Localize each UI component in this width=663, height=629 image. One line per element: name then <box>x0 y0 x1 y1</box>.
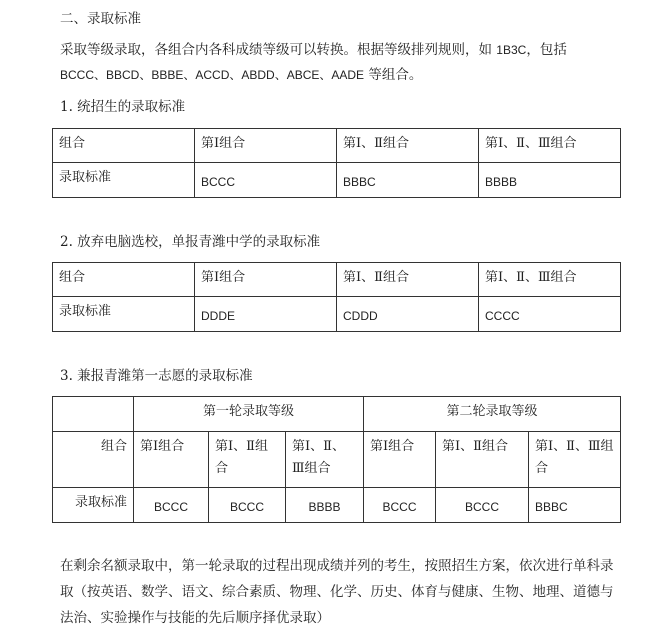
header-cell: 第Ⅰ、Ⅱ、Ⅲ组合 <box>286 432 364 488</box>
table-header-row: 组合 第Ⅰ组合 第Ⅰ、Ⅱ组合 第Ⅰ、Ⅱ、Ⅲ组合 <box>53 263 621 297</box>
cell-value: BCCC <box>209 488 286 523</box>
cell-value: BCCC <box>195 163 337 198</box>
header-cell: 组合 <box>53 432 134 488</box>
header-cell: 组合 <box>53 263 195 297</box>
table-admission-standard-first-choice: 第一轮录取等级 第二轮录取等级 组合 第Ⅰ组合 第Ⅰ、Ⅱ组合 第Ⅰ、Ⅱ、Ⅲ组合 … <box>52 396 621 523</box>
footer-paragraph: 在剩余名额录取中，第一轮录取的过程出现成绩并列的考生，按照招生方案，依次进行单科… <box>60 553 625 629</box>
header-cell: 第Ⅰ、Ⅱ组合 <box>337 129 479 163</box>
table-header-row: 组合 第Ⅰ组合 第Ⅰ、Ⅱ组合 第Ⅰ、Ⅱ、Ⅲ组合 <box>53 129 621 163</box>
header-cell: 第Ⅰ、Ⅱ、Ⅲ组合 <box>479 129 621 163</box>
table1-heading: 1. 统招生的录取标准 <box>60 97 185 117</box>
table-row: 录取标准 BCCC BBBC BBBB <box>53 163 621 198</box>
empty-corner-cell <box>53 397 134 432</box>
header-cell: 组合 <box>53 129 195 163</box>
cell-value: BBBC <box>529 488 621 523</box>
table-admission-standard-single: 组合 第Ⅰ组合 第Ⅰ、Ⅱ组合 第Ⅰ、Ⅱ、Ⅲ组合 录取标准 DDDE CDDD C… <box>52 262 621 332</box>
row-label: 录取标准 <box>53 297 195 332</box>
intro-line-1: 采取等级录取，各组合内各科成绩等级可以转换。根据等级排列规则，如 1B3C，包括 <box>60 40 567 60</box>
row-label: 录取标准 <box>53 163 195 198</box>
cell-value: BBBB <box>286 488 364 523</box>
cell-value: BCCC <box>436 488 529 523</box>
cell-value: CDDD <box>337 297 479 332</box>
table2-heading: 2. 放弃电脑选校，单报青潍中学的录取标准 <box>60 232 320 252</box>
group-header-round-2: 第二轮录取等级 <box>364 397 621 432</box>
table3-heading: 3. 兼报青潍第一志愿的录取标准 <box>60 366 253 386</box>
intro-tail: ，包括 <box>526 42 567 58</box>
row-label: 录取标准 <box>53 488 134 523</box>
header-cell: 第Ⅰ组合 <box>134 432 209 488</box>
table-header-row: 组合 第Ⅰ组合 第Ⅰ、Ⅱ组合 第Ⅰ、Ⅱ、Ⅲ组合 第Ⅰ组合 第Ⅰ、Ⅱ组合 第Ⅰ、Ⅱ… <box>53 432 621 488</box>
cell-value: BBBB <box>479 163 621 198</box>
header-cell: 第Ⅰ、Ⅱ组合 <box>337 263 479 297</box>
intro-line-2: BCCC、BBCD、BBBE、ACCD、ABDD、ABCE、AADE 等组合。 <box>60 65 422 85</box>
header-cell: 第Ⅰ组合 <box>364 432 436 488</box>
intro-tail-2: 等组合。 <box>368 67 422 83</box>
table-admission-standard-general: 组合 第Ⅰ组合 第Ⅰ、Ⅱ组合 第Ⅰ、Ⅱ、Ⅲ组合 录取标准 BCCC BBBC B… <box>52 128 621 198</box>
cell-value: BCCC <box>364 488 436 523</box>
header-cell: 第Ⅰ组合 <box>195 263 337 297</box>
group-header-round-1: 第一轮录取等级 <box>134 397 364 432</box>
cell-value: DDDE <box>195 297 337 332</box>
intro-code: 1B3C <box>496 43 526 57</box>
cell-value: CCCC <box>479 297 621 332</box>
intro-text: 采取等级录取，各组合内各科成绩等级可以转换。根据等级排列规则，如 <box>60 42 492 58</box>
table-row: 录取标准 BCCC BCCC BBBB BCCC BCCC BBBC <box>53 488 621 523</box>
table-group-header-row: 第一轮录取等级 第二轮录取等级 <box>53 397 621 432</box>
header-cell: 第Ⅰ、Ⅱ组合 <box>436 432 529 488</box>
header-cell: 第Ⅰ、Ⅱ、Ⅲ组合 <box>479 263 621 297</box>
section-title: 二、录取标准 <box>60 9 141 29</box>
header-cell: 第Ⅰ组合 <box>195 129 337 163</box>
intro-code-list: BCCC、BBCD、BBBE、ACCD、ABDD、ABCE、AADE <box>60 68 364 82</box>
header-cell: 第Ⅰ、Ⅱ、Ⅲ组合 <box>529 432 621 488</box>
cell-value: BBBC <box>337 163 479 198</box>
cell-value: BCCC <box>134 488 209 523</box>
header-cell: 第Ⅰ、Ⅱ组合 <box>209 432 286 488</box>
table-row: 录取标准 DDDE CDDD CCCC <box>53 297 621 332</box>
